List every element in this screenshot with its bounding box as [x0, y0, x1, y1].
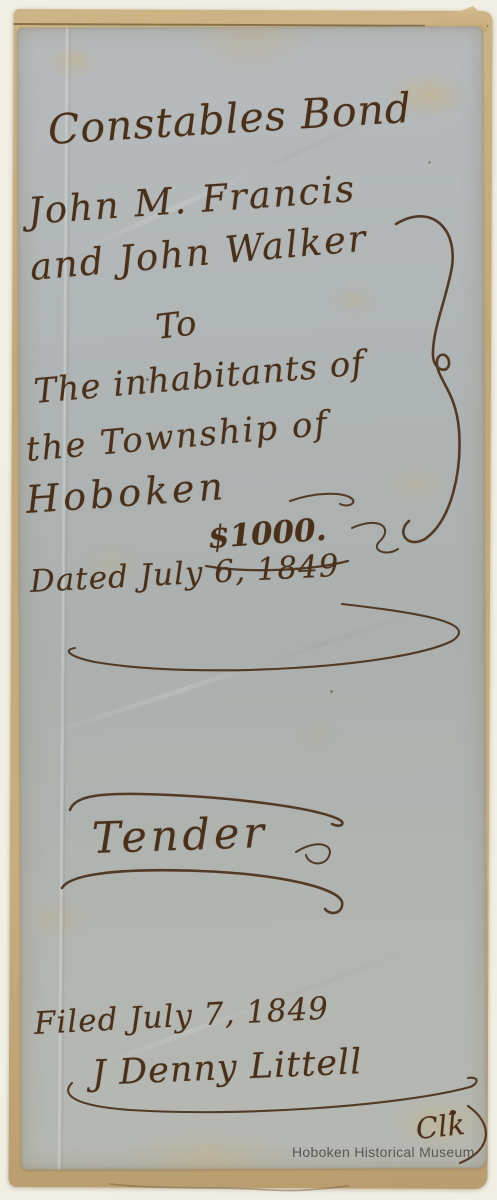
museum-watermark: Hoboken Historical Museum	[292, 1144, 475, 1160]
ink-speck	[428, 161, 431, 164]
photograph-background: Constables Bond John M. Francis and John…	[0, 0, 497, 1200]
to-label: To	[154, 303, 199, 348]
clerk-title: Clk	[414, 1107, 466, 1146]
docket-note: Tender	[91, 808, 269, 864]
ink-speck	[146, 378, 149, 381]
ink-blot	[450, 1110, 456, 1115]
ink-speck	[330, 690, 333, 693]
